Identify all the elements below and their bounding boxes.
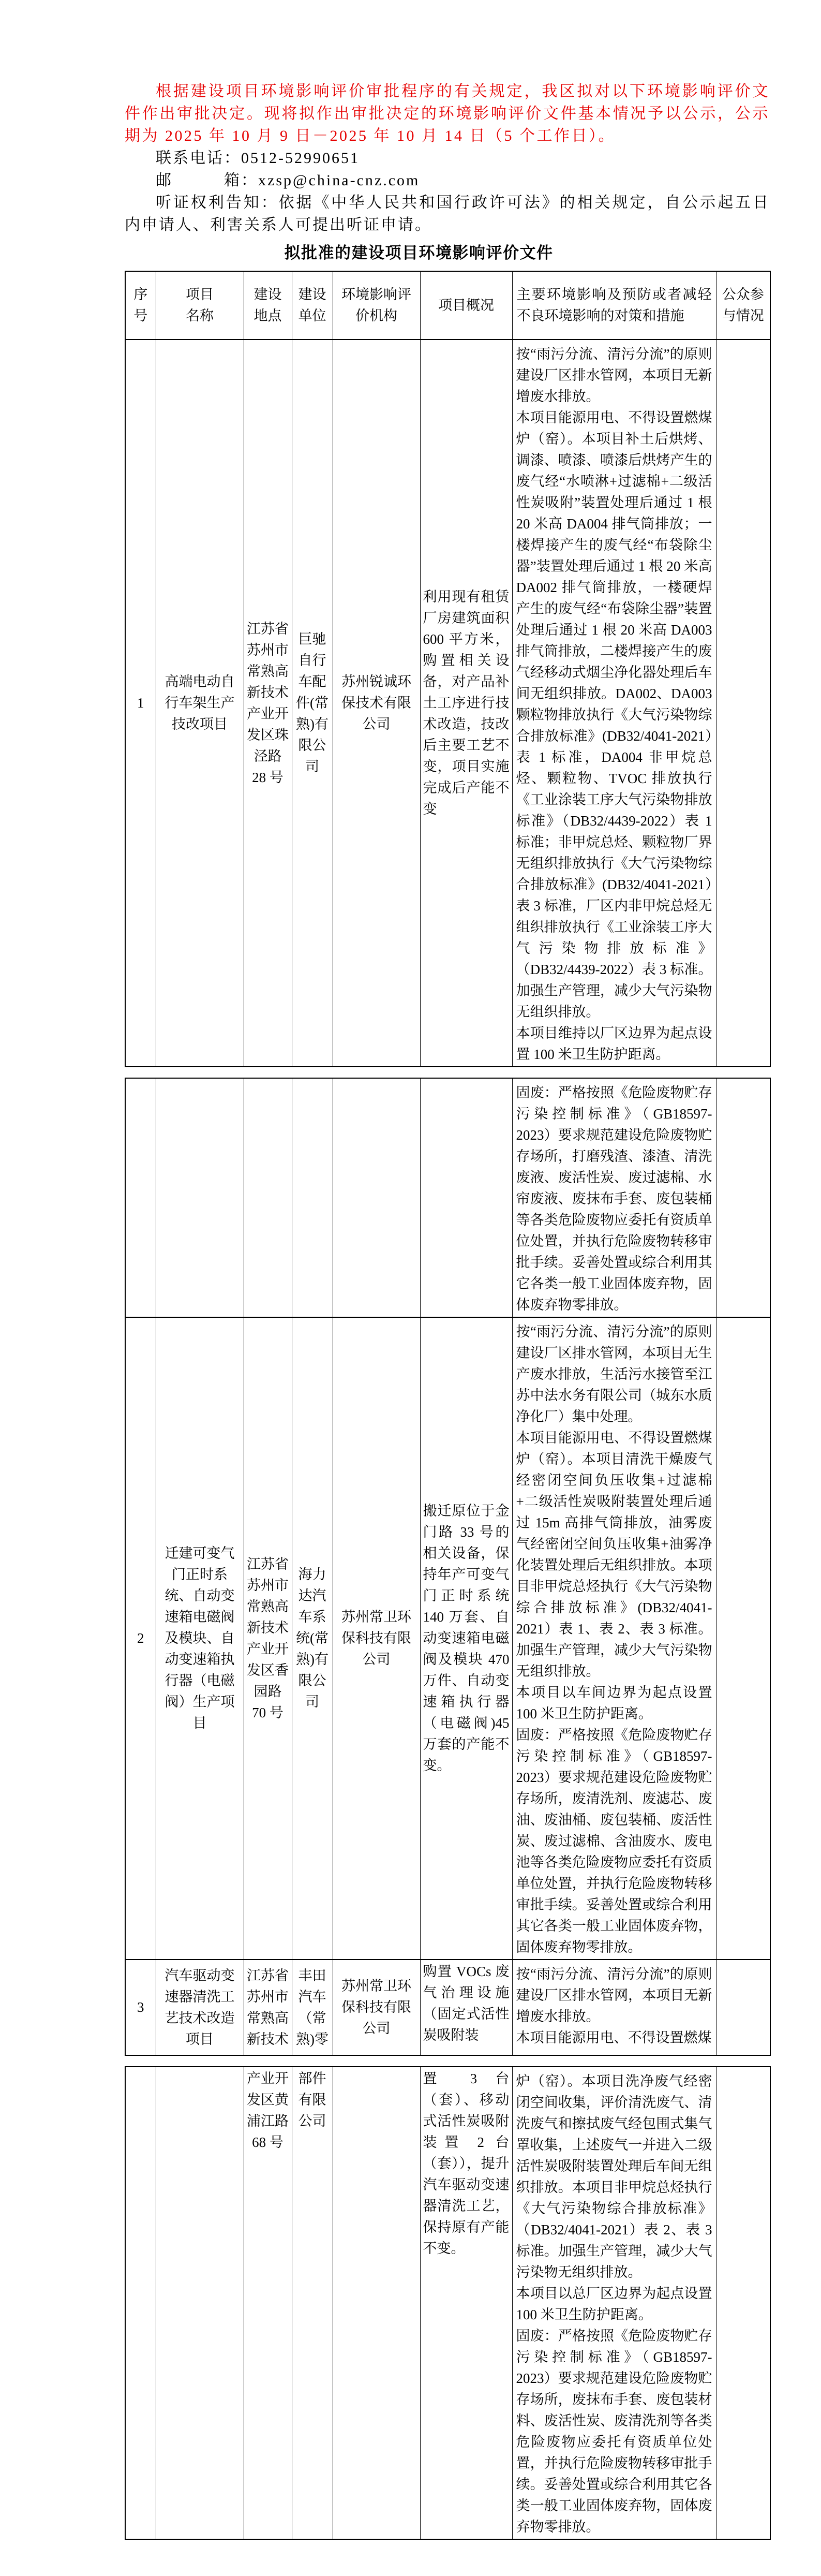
cell-overview: 利用现有租赁厂房建筑面积 600 平方米，购置相关设备，对产品补土工序进行技术改… — [420, 340, 512, 1067]
contact-phone-line: 联系电话：0512-52990651 — [125, 147, 770, 169]
cell-measures: 炉（窑）。本项目洗净废气经密闭空间收集，评价清洗废气、清洗废气和擦拭废气经包围式… — [512, 2067, 716, 2539]
cell-public-participation — [716, 2067, 770, 2539]
approval-table-page-3: 产业开发区黄浦江路 68 号 部件有限公司 置 3 台（套）、移动式活性炭吸附装… — [125, 2066, 771, 2540]
cell-public-participation — [716, 1960, 770, 2055]
table-row-1: 1 高端电动自行车架生产技改项目 江苏省苏州市常熟高新技术产业开发区珠泾路 28… — [125, 340, 770, 1067]
cell-unit: 部件有限公司 — [292, 2067, 333, 2539]
public-notice-paragraph: 根据建设项目环境影响评价审批程序的有关规定，我区拟对以下环境影响评价文件作出审批… — [125, 80, 770, 147]
cell-serial-number: 3 — [125, 1960, 156, 2055]
table-row-3: 3 汽车驱动变速器清洗工艺技术改造项目 江苏省苏州市常熟高新技术 丰田汽车（常熟… — [125, 1960, 770, 2055]
cell-unit: 丰田汽车（常熟)零 — [292, 1960, 333, 2055]
cell-public-participation — [716, 340, 770, 1067]
cell-unit — [292, 1078, 333, 1317]
cell-project-name — [156, 2067, 244, 2539]
cell-serial-number: 2 — [125, 1317, 156, 1960]
cell-location: 江苏省苏州市常熟高新技术 — [244, 1960, 292, 2055]
cell-serial-number: 1 — [125, 340, 156, 1067]
cell-agency — [333, 1078, 420, 1317]
header-project-name: 项目 名称 — [156, 271, 244, 340]
cell-measures: 按“雨污分流、清污分流”的原则建设厂区排水管网，本项目无生产废水排放，生活污水接… — [512, 1317, 716, 1960]
cell-project-name: 汽车驱动变速器清洗工艺技术改造项目 — [156, 1960, 244, 2055]
cell-overview: 搬迁原位于金门路 33 号的相关设备，保持年产可变气门正时系统 140 万套、自… — [420, 1317, 512, 1960]
cell-public-participation — [716, 1078, 770, 1317]
contact-email-line: 邮 箱：xzsp@china-cnz.com — [125, 169, 770, 192]
cell-location: 江苏省苏州市常熟高新技术产业开发区珠泾路 28 号 — [244, 340, 292, 1067]
cell-measures: 按“雨污分流、清污分流”的原则建设厂区排水管网，本项目无新增废水排放。 本项目能… — [512, 340, 716, 1067]
approval-table-page-2: 固废：严格按照《危险废物贮存污染控制标准》（GB18597-2023）要求规范建… — [125, 1078, 771, 2056]
table-title: 拟批准的建设项目环境影响评价文件 — [125, 241, 713, 265]
cell-measures: 按“雨污分流、清污分流”的原则建设厂区排水管网，本项目无新增废水排放。 本项目能… — [512, 1960, 716, 2055]
cell-serial-number — [125, 2067, 156, 2539]
cell-location: 江苏省苏州市常熟高新技术产业开发区香园路 70 号 — [244, 1317, 292, 1960]
cell-project-name: 迁建可变气门正时系统、自动变速箱电磁阀及模块、自动变速箱执行器（电磁阀）生产项目 — [156, 1317, 244, 1960]
cell-serial-number — [125, 1078, 156, 1317]
cell-agency: 苏州常卫环保科技有限公司 — [333, 1317, 420, 1960]
table-row-1-continued: 固废：严格按照《危险废物贮存污染控制标准》（GB18597-2023）要求规范建… — [125, 1078, 770, 1317]
header-public-participation: 公众参 与情况 — [716, 271, 770, 340]
cell-project-name — [156, 1078, 244, 1317]
cell-agency — [333, 2067, 420, 2539]
header-eia-agency: 环境影响评 价机构 — [333, 271, 420, 340]
cell-overview: 置 3 台（套）、移动式活性炭吸附装置 2 台（套）），提升汽车驱动变速器清洗工… — [420, 2067, 512, 2539]
header-impact-measures: 主要环境影响及预防或者减轻不良环境影响的对策和措施 — [512, 271, 716, 340]
cell-measures: 固废：严格按照《危险废物贮存污染控制标准》（GB18597-2023）要求规范建… — [512, 1078, 716, 1317]
cell-location: 产业开发区黄浦江路 68 号 — [244, 2067, 292, 2539]
cell-overview: 购置 VOCs 废气治理设施（固定式活性炭吸附装 — [420, 1960, 512, 2055]
header-project-overview: 项目概况 — [420, 271, 512, 340]
document-page: 根据建设项目环境影响评价审批程序的有关规定，我区拟对以下环境影响评价文件作出审批… — [0, 0, 821, 2576]
table-header-row: 序号 项目 名称 建设 地点 建设 单位 环境影响评 价机构 项目概况 主要环境… — [125, 271, 770, 340]
cell-location — [244, 1078, 292, 1317]
table-row-3-continued: 产业开发区黄浦江路 68 号 部件有限公司 置 3 台（套）、移动式活性炭吸附装… — [125, 2067, 770, 2539]
table-row-2: 2 迁建可变气门正时系统、自动变速箱电磁阀及模块、自动变速箱执行器（电磁阀）生产… — [125, 1317, 770, 1960]
hearing-rights-notice: 听证权利告知：依据《中华人民共和国行政许可法》的相关规定，自公示起五日内申请人、… — [125, 192, 770, 236]
header-construction-unit: 建设 单位 — [292, 271, 333, 340]
document-content: 根据建设项目环境影响评价审批程序的有关规定，我区拟对以下环境影响评价文件作出审批… — [125, 0, 770, 2540]
cell-agency: 苏州常卫环保科技有限公司 — [333, 1960, 420, 2055]
cell-overview — [420, 1078, 512, 1317]
cell-unit: 海力达汽车系统(常熟)有限公司 — [292, 1317, 333, 1960]
cell-public-participation — [716, 1317, 770, 1960]
cell-project-name: 高端电动自行车架生产技改项目 — [156, 340, 244, 1067]
cell-unit: 巨驰自行车配件(常熟)有限公司 — [292, 340, 333, 1067]
header-construction-location: 建设 地点 — [244, 271, 292, 340]
header-serial-number: 序号 — [125, 271, 156, 340]
approval-table-page-1: 序号 项目 名称 建设 地点 建设 单位 环境影响评 价机构 项目概况 主要环境… — [125, 271, 771, 1067]
cell-agency: 苏州锐诚环保技术有限公司 — [333, 340, 420, 1067]
